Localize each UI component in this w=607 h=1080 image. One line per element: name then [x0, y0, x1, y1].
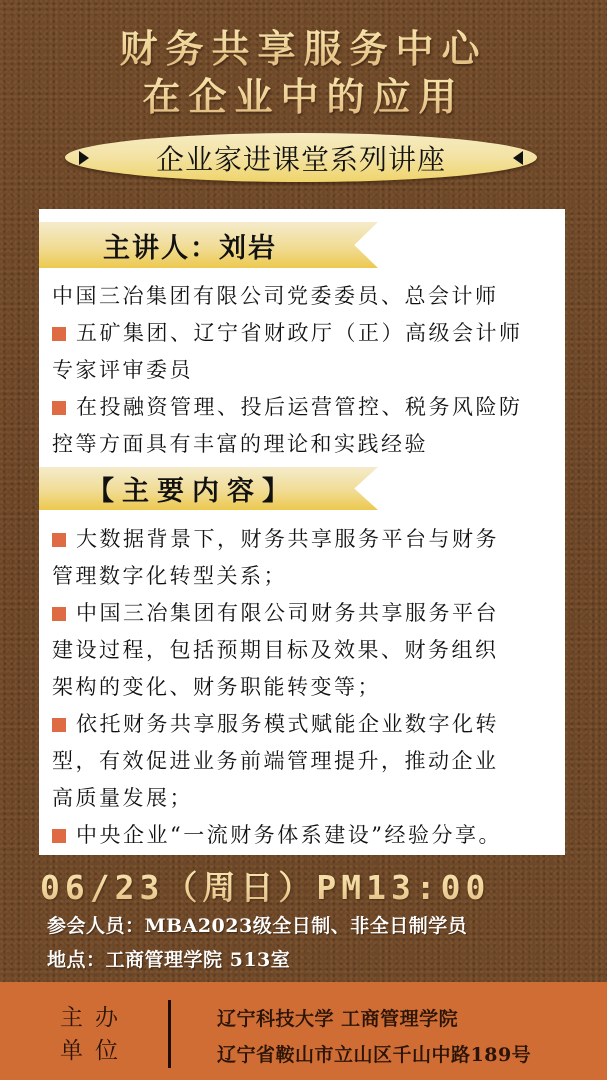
triangle-left-icon — [513, 151, 523, 165]
content-line: 建设过程，包括预期目标及效果、财务组织 — [52, 632, 562, 669]
content-line-text: 中国三冶集团有限公司财务共享服务平台 — [76, 601, 499, 625]
poster-title-line-2: 在企业中的应用 — [0, 66, 607, 121]
content-line-text: 型，有效促进业务前端管理提升，推动企业 — [52, 749, 499, 773]
bio-line: 专家评审委员 — [52, 352, 562, 389]
square-bullet-icon — [52, 533, 66, 547]
square-bullet-icon — [52, 327, 66, 341]
organizer-footer: 主办 单位 辽宁科技大学 工商管理学院 辽宁省鞍山市立山区千山中路189号 — [0, 982, 607, 1080]
content-line: 管理数字化转型关系； — [52, 558, 562, 595]
content-line-text: 管理数字化转型关系； — [52, 564, 287, 588]
bio-line: 在投融资管理、投后运营管控、税务风险防 — [52, 389, 562, 426]
content-line: 架构的变化、财务职能转变等； — [52, 669, 562, 706]
footer-divider — [168, 1000, 171, 1068]
square-bullet-icon — [52, 829, 66, 843]
square-bullet-icon — [52, 718, 66, 732]
bio-line-text: 在投融资管理、投后运营管控、税务风险防 — [76, 395, 523, 419]
bio-line: 中国三冶集团有限公司党委委员、总会计师 — [52, 278, 562, 315]
speaker-bio: 中国三冶集团有限公司党委委员、总会计师 五矿集团、辽宁省财政厅（正）高级会计师 … — [52, 278, 562, 463]
content-heading: 【主要内容】 — [87, 469, 297, 508]
content-line-text: 建设过程，包括预期目标及效果、财务组织 — [52, 638, 499, 662]
bio-line-text: 专家评审委员 — [52, 358, 193, 382]
event-attendees: 参会人员：MBA2023级全日制、非全日制学员 — [47, 911, 467, 938]
organizer-label-line-2: 单位 — [60, 1035, 130, 1068]
organizer-label: 主办 单位 — [60, 1002, 130, 1068]
content-ribbon: 【主要内容】 — [39, 467, 378, 510]
bio-line: 五矿集团、辽宁省财政厅（正）高级会计师 — [52, 315, 562, 352]
content-line: 高质量发展； — [52, 780, 562, 817]
content-list: 大数据背景下，财务共享服务平台与财务 管理数字化转型关系； 中国三冶集团有限公司… — [52, 521, 562, 854]
series-label: 企业家进课堂系列讲座 — [156, 138, 446, 178]
square-bullet-icon — [52, 607, 66, 621]
content-line-text: 架构的变化、财务职能转变等； — [52, 675, 381, 699]
content-line: 中央企业“一流财务体系建设”经验分享。 — [52, 817, 562, 854]
poster-title-line-1: 财务共享服务中心 — [0, 18, 607, 73]
content-line-text: 中央企业“一流财务体系建设”经验分享。 — [76, 823, 502, 847]
content-line-text: 依托财务共享服务模式赋能企业数字化转 — [76, 712, 499, 736]
content-line: 大数据背景下，财务共享服务平台与财务 — [52, 521, 562, 558]
content-line: 中国三冶集团有限公司财务共享服务平台 — [52, 595, 562, 632]
bio-line-text: 中国三冶集团有限公司党委委员、总会计师 — [52, 284, 499, 308]
organizer-name: 辽宁科技大学 工商管理学院 — [217, 1004, 458, 1031]
event-datetime: 06/23（周日）PM13:00 — [40, 862, 560, 909]
content-line-text: 大数据背景下，财务共享服务平台与财务 — [76, 527, 499, 551]
square-bullet-icon — [52, 401, 66, 415]
organizer-address: 辽宁省鞍山市立山区千山中路189号 — [217, 1040, 531, 1067]
triangle-right-icon — [79, 151, 89, 165]
speaker-ribbon: 主讲人：刘岩 — [39, 222, 378, 268]
series-banner: 企业家进课堂系列讲座 — [65, 133, 537, 182]
content-line-text: 高质量发展； — [52, 786, 193, 810]
content-line: 依托财务共享服务模式赋能企业数字化转 — [52, 706, 562, 743]
bio-line-text: 五矿集团、辽宁省财政厅（正）高级会计师 — [76, 321, 523, 345]
organizer-label-line-1: 主办 — [60, 1002, 130, 1035]
bio-line-text: 控等方面具有丰富的理论和实践经验 — [52, 432, 428, 456]
bio-line: 控等方面具有丰富的理论和实践经验 — [52, 426, 562, 463]
info-card: 主讲人：刘岩 中国三冶集团有限公司党委委员、总会计师 五矿集团、辽宁省财政厅（正… — [39, 209, 565, 855]
event-location: 地点：工商管理学院 513室 — [47, 945, 290, 972]
content-line: 型，有效促进业务前端管理提升，推动企业 — [52, 743, 562, 780]
speaker-heading: 主讲人：刘岩 — [103, 226, 277, 265]
